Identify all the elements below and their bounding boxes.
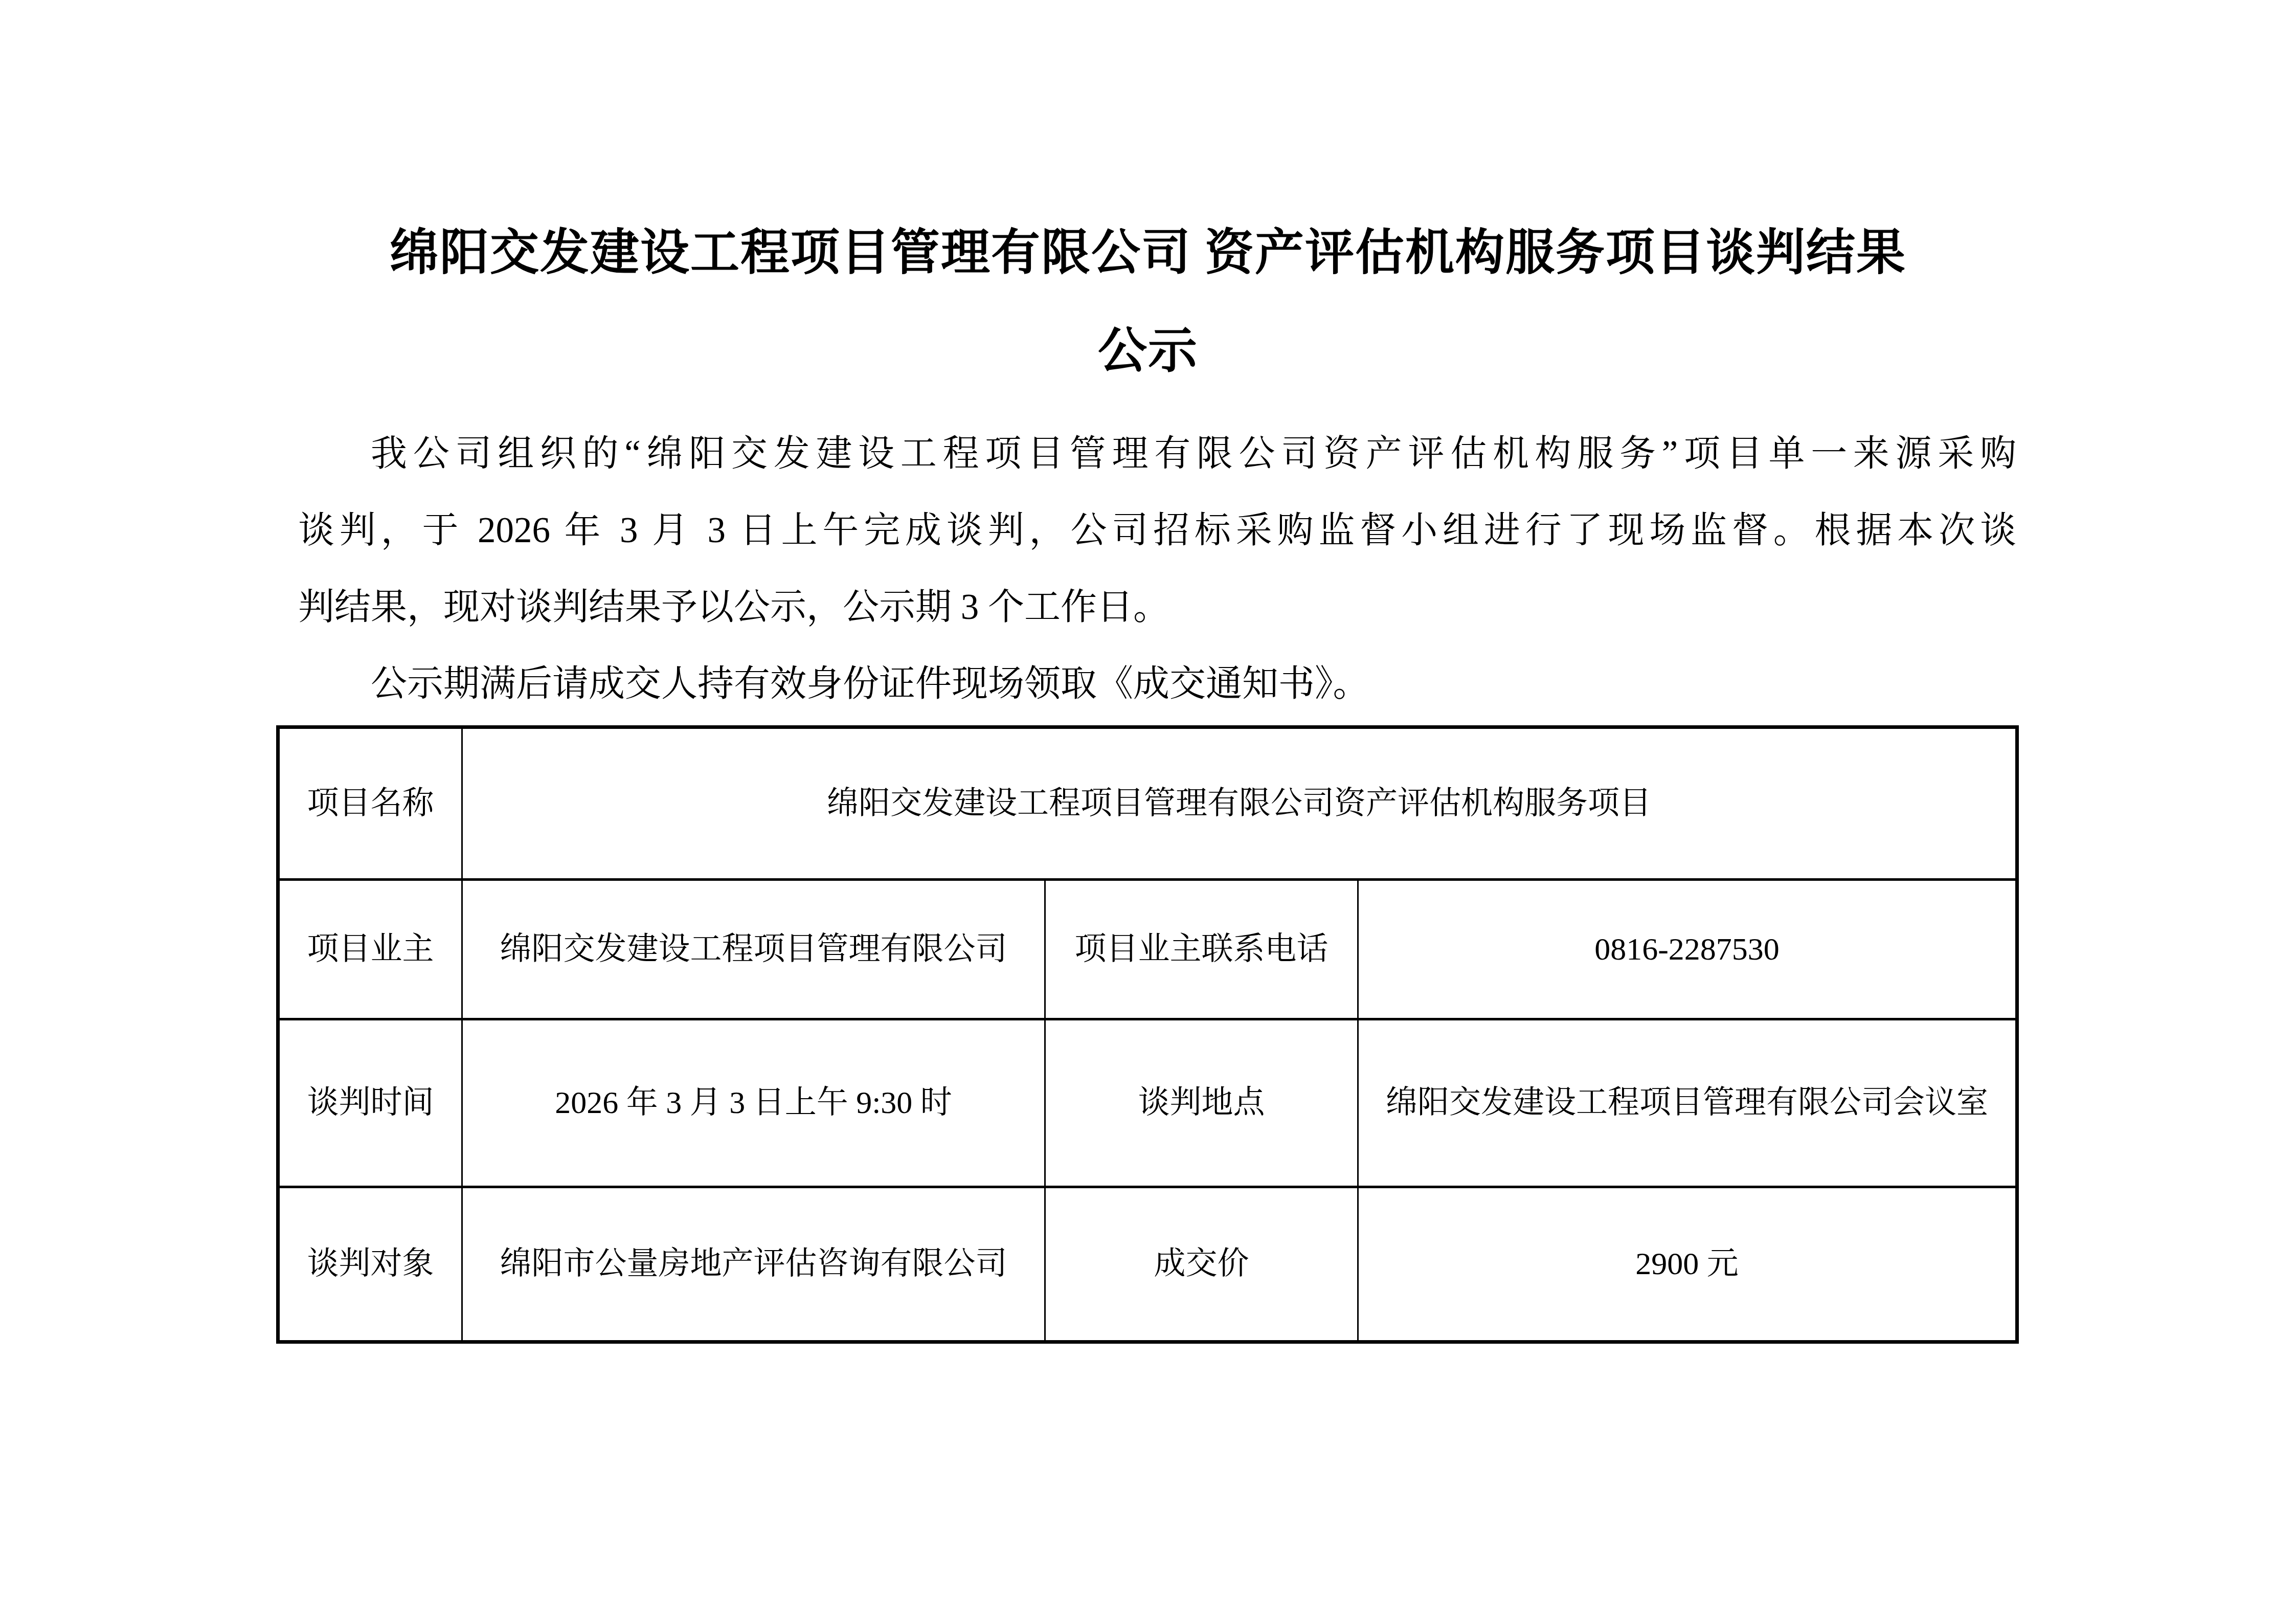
deal-price-label-cell: 成交价: [1045, 1187, 1358, 1342]
notice-document-page: 绵阳交发建设工程项目管理有限公司 资产评估机构服务项目谈判结果 公示 我公司组织…: [0, 0, 2296, 1624]
deal-price-value-cell: 2900 元: [1358, 1187, 2017, 1342]
document-title: 绵阳交发建设工程项目管理有限公司 资产评估机构服务项目谈判结果 公示: [276, 204, 2020, 400]
title-line-2: 公示: [276, 302, 2020, 400]
project-owner-value-cell: 绵阳交发建设工程项目管理有限公司: [462, 880, 1045, 1019]
row-negotiation-party: 谈判对象 绵阳市公量房地产评估咨询有限公司 成交价 2900 元: [278, 1187, 2017, 1342]
negotiation-time-label-cell: 谈判时间: [278, 1019, 462, 1187]
intro-paragraph-line-1: 我公司组织的“绵阳交发建设工程项目管理有限公司资产评估机构服务”项目单一来源采购: [298, 415, 2016, 492]
project-name-label-cell: 项目名称: [278, 727, 462, 880]
results-table: 项目名称 绵阳交发建设工程项目管理有限公司资产评估机构服务项目 项目业主 绵阳交…: [276, 725, 2019, 1344]
negotiation-place-value-cell: 绵阳交发建设工程项目管理有限公司会议室: [1358, 1019, 2017, 1187]
owner-phone-label-cell: 项目业主联系电话: [1045, 880, 1358, 1019]
negotiation-party-value-cell: 绵阳市公量房地产评估咨询有限公司: [462, 1187, 1045, 1342]
project-name-value-cell: 绵阳交发建设工程项目管理有限公司资产评估机构服务项目: [462, 727, 2017, 880]
owner-phone-value-cell: 0816-2287530: [1358, 880, 2017, 1019]
intro-paragraph-line-3: 判结果，现对谈判结果予以公示，公示期 3 个工作日。: [298, 569, 2016, 646]
intro-paragraph-line-2: 谈判，于 2026 年 3 月 3 日上午完成谈判，公司招标采购监督小组进行了现…: [298, 492, 2016, 569]
claim-notice-paragraph: 公示期满后请成交人持有效身份证件现场领取《成交通知书》。: [298, 646, 2016, 722]
row-project-name: 项目名称 绵阳交发建设工程项目管理有限公司资产评估机构服务项目: [278, 727, 2017, 880]
negotiation-time-value-cell: 2026 年 3 月 3 日上午 9:30 时: [462, 1019, 1045, 1187]
body-text: 我公司组织的“绵阳交发建设工程项目管理有限公司资产评估机构服务”项目单一来源采购…: [298, 415, 2016, 722]
row-project-owner: 项目业主 绵阳交发建设工程项目管理有限公司 项目业主联系电话 0816-2287…: [278, 880, 2017, 1019]
row-negotiation-time: 谈判时间 2026 年 3 月 3 日上午 9:30 时 谈判地点 绵阳交发建设…: [278, 1019, 2017, 1187]
title-line-1: 绵阳交发建设工程项目管理有限公司 资产评估机构服务项目谈判结果: [276, 204, 2020, 302]
project-owner-label-cell: 项目业主: [278, 880, 462, 1019]
negotiation-party-label-cell: 谈判对象: [278, 1187, 462, 1342]
results-table-container: 项目名称 绵阳交发建设工程项目管理有限公司资产评估机构服务项目 项目业主 绵阳交…: [276, 725, 2019, 1344]
negotiation-place-label-cell: 谈判地点: [1045, 1019, 1358, 1187]
